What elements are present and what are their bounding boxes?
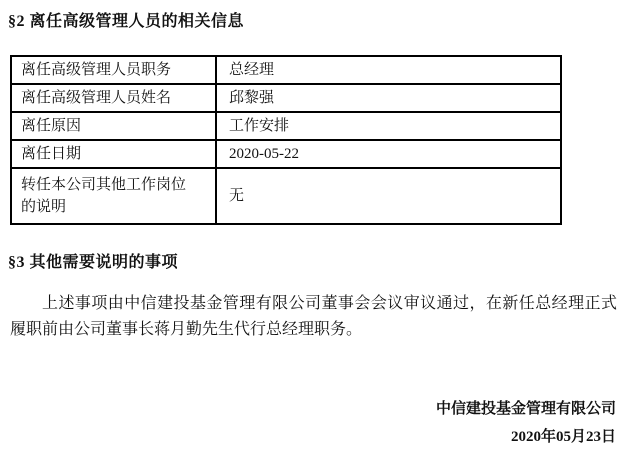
table-row: 离任高级管理人员姓名 邱黎强	[11, 84, 561, 112]
signature-date: 2020年05月23日	[436, 429, 616, 446]
table-row: 离任原因 工作安排	[11, 112, 561, 140]
table-row: 转任本公司其他工作岗位的说明 无	[11, 168, 561, 224]
departure-info-table: 离任高级管理人员职务 总经理 离任高级管理人员姓名 邱黎强 离任原因 工作安排 …	[10, 55, 562, 225]
row-label: 离任高级管理人员姓名	[11, 84, 216, 112]
signature-company: 中信建投基金管理有限公司	[436, 401, 616, 418]
row-label: 离任高级管理人员职务	[11, 56, 216, 84]
table-row: 离任高级管理人员职务 总经理	[11, 56, 561, 84]
section3-heading: §3 其他需要说明的事项	[8, 249, 178, 272]
row-value: 邱黎强	[216, 84, 561, 112]
row-value: 2020-05-22	[216, 140, 561, 168]
signature-block: 中信建投基金管理有限公司 2020年05月23日	[436, 401, 616, 446]
document-page: §2 离任高级管理人员的相关信息 离任高级管理人员职务 总经理 离任高级管理人员…	[0, 0, 629, 455]
row-label: 离任日期	[11, 140, 216, 168]
row-label: 转任本公司其他工作岗位的说明	[11, 168, 216, 224]
statement-paragraph: 上述事项由中信建投基金管理有限公司董事会会议审议通过，在新任总经理正式履职前由公…	[10, 291, 617, 343]
table-row: 离任日期 2020-05-22	[11, 140, 561, 168]
row-value: 总经理	[216, 56, 561, 84]
section2-heading: §2 离任高级管理人员的相关信息	[8, 8, 244, 31]
row-value: 无	[216, 168, 561, 224]
row-label: 离任原因	[11, 112, 216, 140]
row-value: 工作安排	[216, 112, 561, 140]
